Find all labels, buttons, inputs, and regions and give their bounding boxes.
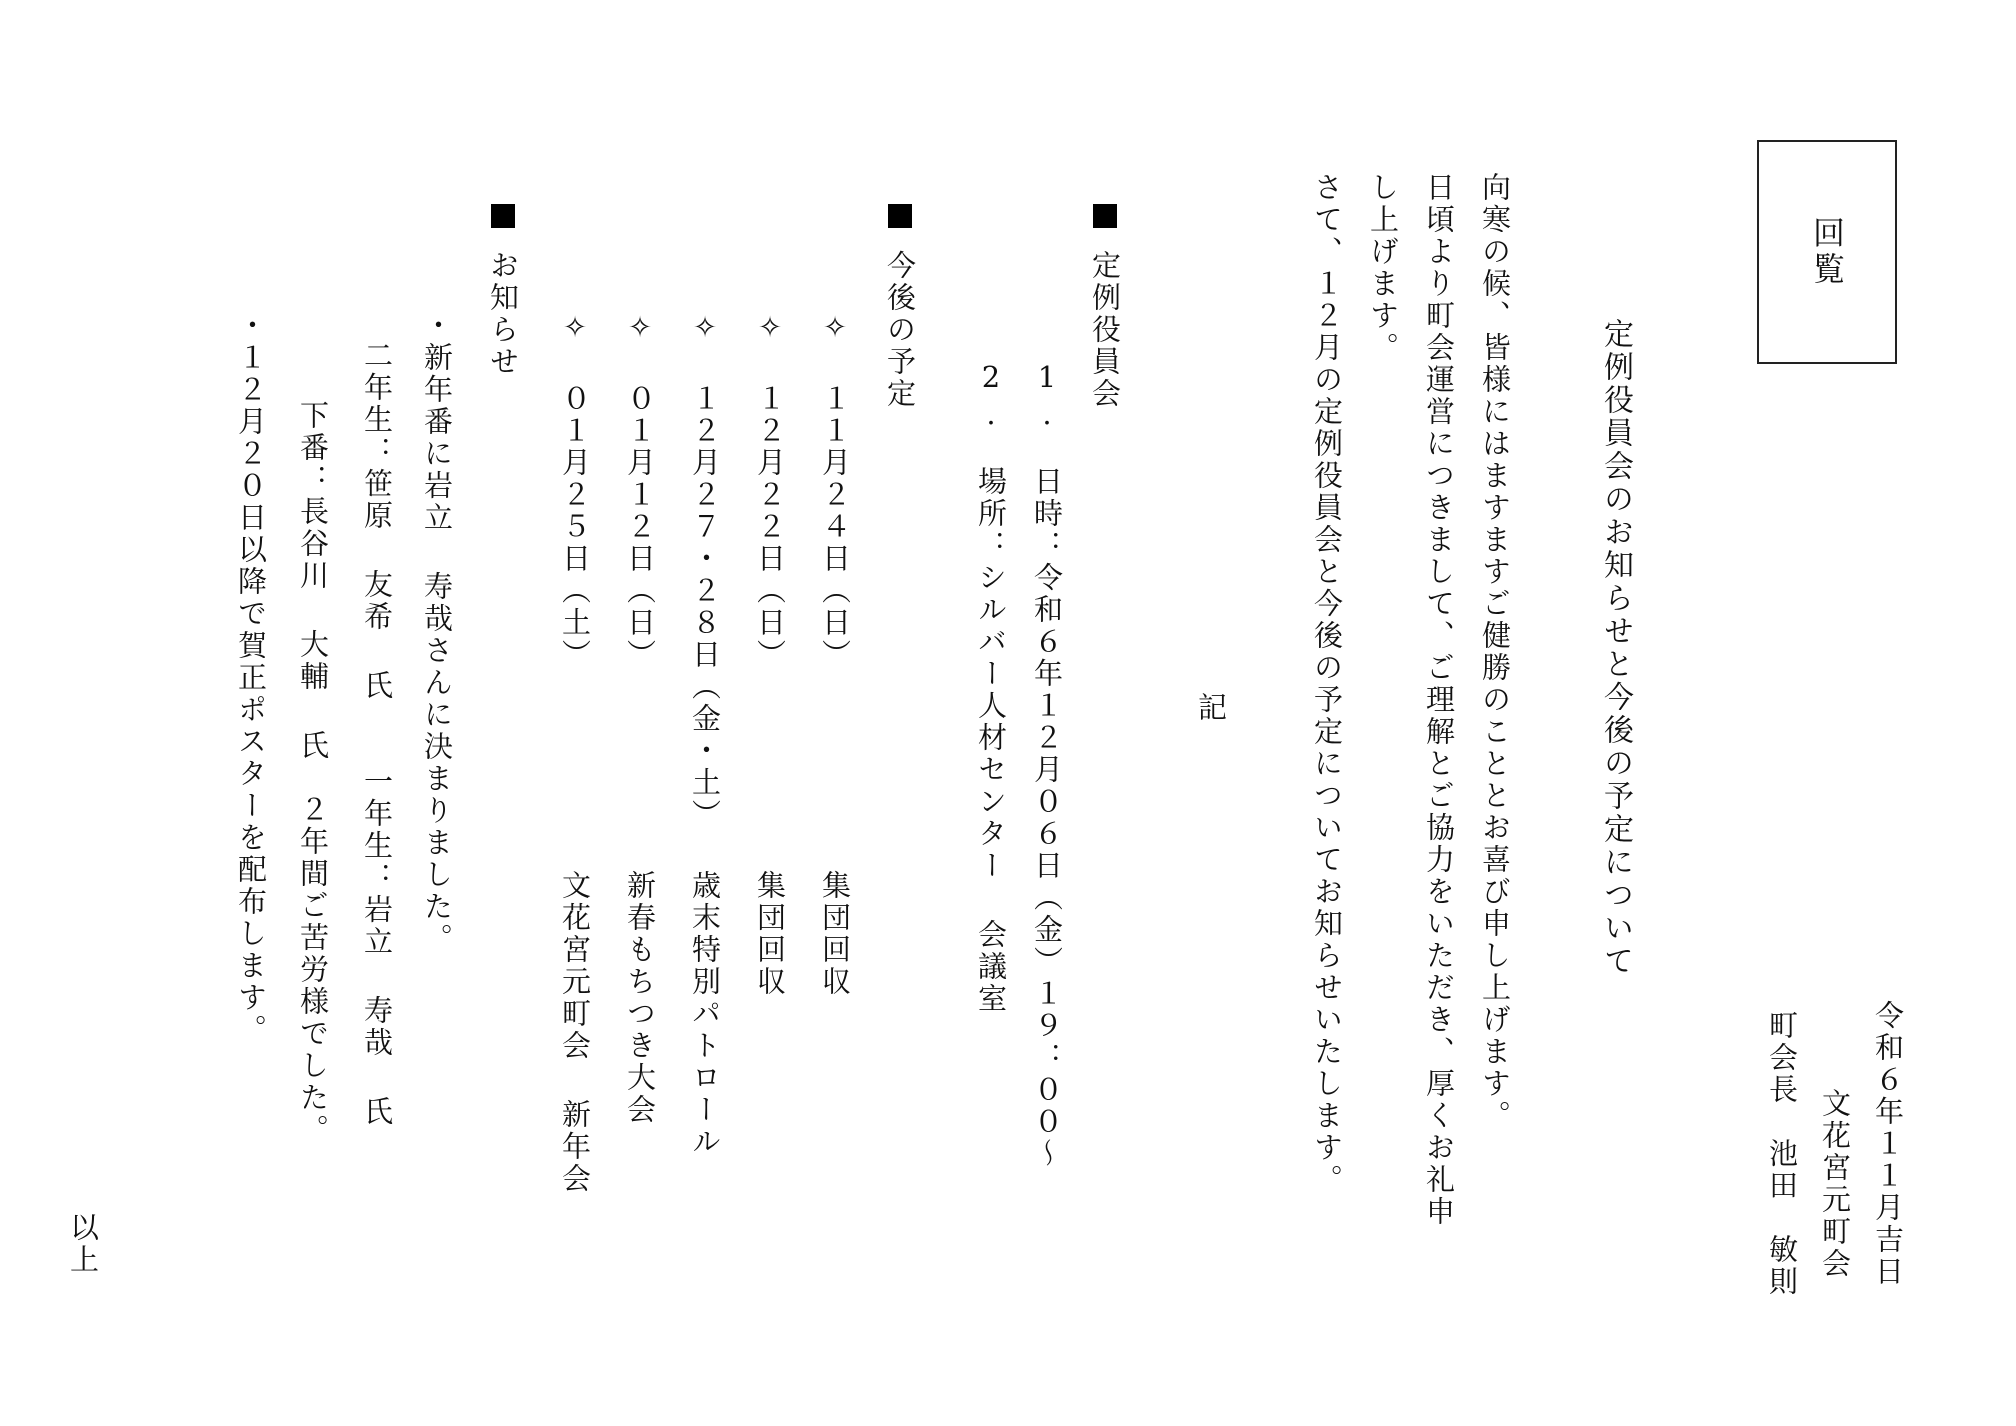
document-page: 回覧 令和６年１１月吉日 文花宮元町会 町会長 池田 敏則 定例役員会のお知らせ…: [0, 0, 2016, 1426]
schedule-item-event: 文花宮元町会 新年会: [560, 870, 589, 1195]
chairman-name: 町会長 池田 敏則: [1767, 1010, 1796, 1298]
ki-label: 記: [1196, 692, 1225, 724]
notice-item: 下番：長谷川 大輔 氏 ２年間ご苦労様でした。: [298, 400, 327, 1146]
notice-item: 二年生：笹原 友希 氏 一年生：岩立 寿哉 氏: [362, 340, 391, 1128]
schedule-item-date: ✧１２月２７・２８日（金・土）: [690, 310, 719, 831]
section-meeting-heading: 定例役員会: [1090, 204, 1119, 410]
organization-name: 文花宮元町会: [1820, 1088, 1849, 1280]
closing-text: 以上: [68, 1212, 97, 1276]
greeting-line-3: し上げます。: [1368, 172, 1397, 364]
sparkle-bullet-icon: ✧: [755, 310, 784, 347]
sparkle-bullet-icon: ✧: [820, 310, 849, 347]
bullet-square-icon: [491, 204, 515, 228]
meeting-item-datetime: 1. 日時：令和６年１２月０６日（金）１９：００～: [1032, 360, 1061, 1170]
section-notice-heading: お知らせ: [488, 204, 517, 378]
circulation-stamp-box: 回覧: [1757, 140, 1897, 364]
schedule-item-event: 集団回収: [820, 870, 849, 998]
greeting-line-4: さて、１２月の定例役員会と今後の予定についてお知らせいたします。: [1312, 172, 1341, 1196]
schedule-item-date: ✧１２月２２日（日）: [755, 310, 784, 671]
sparkle-bullet-icon: ✧: [560, 310, 589, 347]
schedule-item-event: 集団回収: [755, 870, 784, 998]
greeting-line-1: 向寒の候、皆様にはますますご健勝のこととお喜び申し上げます。: [1480, 172, 1509, 1132]
schedule-item-event: 歳末特別パトロール: [690, 870, 719, 1158]
issue-date: 令和６年１１月吉日: [1873, 1000, 1902, 1288]
schedule-item-date: ✧０１月２５日（土）: [560, 310, 589, 671]
section-schedule-heading: 今後の予定: [885, 204, 914, 410]
schedule-item-date: ✧１１月２４日（日）: [820, 310, 849, 671]
circulation-stamp-label: 回覧: [1804, 216, 1850, 288]
sparkle-bullet-icon: ✧: [690, 310, 719, 347]
meeting-item-place: 2. 場所：シルバー人材センター 会議室: [976, 360, 1005, 1015]
notice-item: ・新年番に岩立 寿哉さんに決まりました。: [422, 310, 451, 955]
schedule-item-event: 新春もちつき大会: [625, 870, 654, 1126]
notice-item: ・１２月２０日以降で賀正ポスターを配布します。: [236, 310, 265, 1046]
bullet-square-icon: [1093, 204, 1117, 228]
document-title: 定例役員会のお知らせと今後の予定について: [1600, 318, 1630, 978]
greeting-line-2: 日頃より町会運営につきまして、ご理解とご協力をいただき、厚くお礼申: [1424, 172, 1453, 1228]
sparkle-bullet-icon: ✧: [625, 310, 654, 347]
bullet-square-icon: [888, 204, 912, 228]
schedule-item-date: ✧０１月１２日（日）: [625, 310, 654, 671]
